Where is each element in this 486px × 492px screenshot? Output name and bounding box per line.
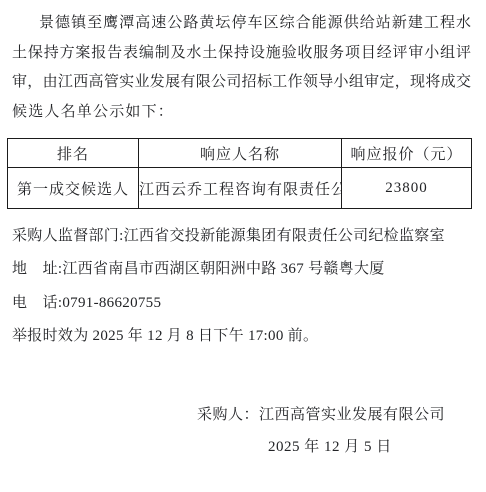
- table-header-row: 排名 响应人名称 响应报价（元）: [8, 139, 472, 168]
- intro-line-1: 景德镇至鹰潭高速公路黄坛停车区综合能源供给站新建工程水: [12, 9, 471, 39]
- candidates-table: 排名 响应人名称 响应报价（元） 第一成交候选人 江西云乔工程咨询有限责任公司 …: [7, 138, 472, 209]
- intro-line-4: 候选人名单公示如下：: [12, 98, 471, 128]
- cell-response-price: 23800: [342, 168, 472, 209]
- supervisor-dept-line: 采购人监督部门:江西省交投新能源集团有限责任公司纪检监察室: [12, 220, 474, 253]
- table-row: 第一成交候选人 江西云乔工程咨询有限责任公司 23800: [8, 168, 472, 209]
- header-responder-name: 响应人名称: [139, 139, 342, 168]
- cell-responder-name: 江西云乔工程咨询有限责任公司: [139, 168, 342, 209]
- address-line: 地 址:江西省南昌市西湖区朝阳洲中路 367 号赣粤大厦: [12, 253, 474, 286]
- intro-line-3: 审，由江西高管实业发展有限公司招标工作领导小组审定，现将成交: [12, 68, 471, 98]
- contact-block: 采购人监督部门:江西省交投新能源集团有限责任公司纪检监察室 地 址:江西省南昌市…: [12, 220, 474, 354]
- report-deadline-line: 举报时效为 2025 年 12 月 8 日下午 17:00 前。: [12, 320, 474, 353]
- announcement-date: 2025 年 12 月 5 日: [268, 435, 392, 456]
- intro-line-2: 土保持方案报告表编制及水土保持设施验收服务项目经评审小组评: [12, 39, 471, 69]
- header-response-price: 响应报价（元）: [342, 139, 472, 168]
- announcement-page: 景德镇至鹰潭高速公路黄坛停车区综合能源供给站新建工程水 土保持方案报告表编制及水…: [0, 0, 486, 492]
- cell-rank: 第一成交候选人: [8, 168, 139, 209]
- purchaser-signature: 采购人：江西高管实业发展有限公司: [197, 403, 445, 424]
- header-rank: 排名: [8, 139, 139, 168]
- intro-paragraph: 景德镇至鹰潭高速公路黄坛停车区综合能源供给站新建工程水 土保持方案报告表编制及水…: [12, 9, 471, 128]
- phone-line: 电 话:0791-86620755: [12, 287, 474, 320]
